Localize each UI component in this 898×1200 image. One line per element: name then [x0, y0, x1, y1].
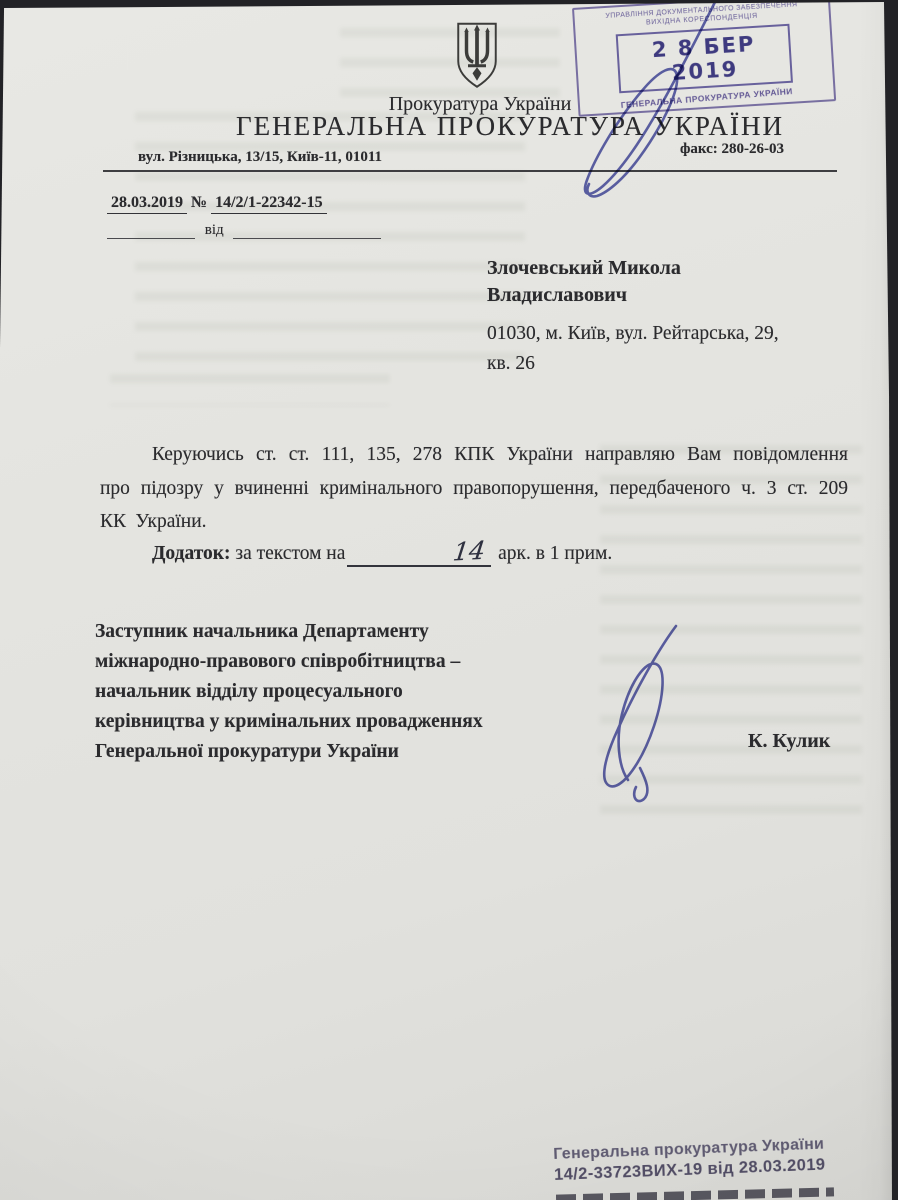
outgoing-stamp-cutoff-line [556, 1187, 834, 1200]
stamp-date-box: 2 8 БЕР 2019 [616, 24, 793, 94]
handwritten-sheet-count: 14 [400, 541, 487, 565]
recipient-address-line1: 01030, м. Київ, вул. Рейтарська, 29, [487, 319, 867, 349]
signature-ink-icon [580, 622, 700, 812]
position-line: міжнародно-правового співробітництва – [95, 647, 565, 677]
attachment-post: арк. в 1 прим. [498, 543, 612, 564]
position-line: Заступник начальника Департаменту [95, 617, 565, 647]
position-line: Генеральної прокуратури України [95, 737, 565, 767]
body-paragraph: Керуючись ст. ст. 111, 135, 278 КПК Укра… [100, 438, 848, 539]
signer-name: К. Кулик [748, 730, 830, 753]
blank-underline [233, 224, 381, 239]
attachment-pre: за текстом на [235, 543, 345, 564]
recipient-name-line1: Злочевський Микола [487, 255, 867, 282]
recipient-block: Злочевський Микола Владиславович 01030, … [487, 255, 867, 379]
recipient-name-line2: Владиславович [487, 282, 867, 309]
position-line: керівництва у кримінальних провадженнях [95, 707, 565, 737]
org-address: вул. Різницька, 13/15, Київ-11, 01011 [138, 149, 382, 166]
outgoing-stamp: Генеральна прокуратура України 14/2-3372… [553, 1134, 874, 1185]
handwritten-underline: 14 [347, 541, 491, 567]
vid-label: від [199, 222, 230, 238]
tryzub-shield-icon [453, 14, 501, 98]
reference-line: 28.03.2019 № 14/2/1-22342-15 [107, 194, 327, 214]
signer-position-block: Заступник начальника Департаменту міжнар… [95, 617, 565, 767]
registry-stamp: УПРАВЛІННЯ ДОКУМЕНТАЛЬНОГО ЗАБЕЗПЕЧЕННЯ … [572, 0, 836, 117]
org-title: ГЕНЕРАЛЬНА ПРОКУРАТУРА УКРАЇНИ [120, 111, 898, 142]
reference-number: 14/2/1-22342-15 [211, 194, 327, 214]
reference-vid-line: від [107, 222, 381, 239]
recipient-address-line2: кв. 26 [487, 349, 867, 379]
reference-no-sign: № [191, 194, 207, 211]
paper-sheet: Прокуратура України ГЕНЕРАЛЬНА ПРОКУРАТУ… [0, 0, 898, 1200]
reference-date: 28.03.2019 [107, 194, 187, 214]
blank-underline [107, 224, 195, 239]
position-line: начальник відділу процесуального [95, 677, 565, 707]
bleed-through-text [110, 374, 390, 406]
attachment-line: Додаток: за текстом на14 арк. в 1 прим. [100, 541, 848, 567]
photographed-letter: Прокуратура України ГЕНЕРАЛЬНА ПРОКУРАТУ… [0, 0, 898, 1200]
attachment-label: Додаток: [152, 543, 231, 564]
